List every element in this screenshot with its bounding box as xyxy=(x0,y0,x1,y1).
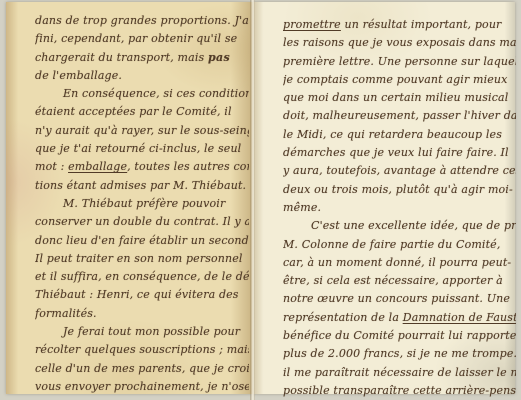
manuscript-scan: dans de trop grandes proportions. J'ai f… xyxy=(0,0,521,400)
emphasized-word: pas xyxy=(208,51,230,64)
page-gutter xyxy=(250,0,255,400)
manuscript-line: vous envoyer prochainement, je n'ose vou… xyxy=(35,378,249,396)
manuscript-line: Thiébaut : Henri, ce qui évitera des xyxy=(35,286,249,304)
manuscript-line: Je ferai tout mon possible pour xyxy=(35,323,249,341)
manuscript-line: je comptais comme pouvant agir mieux xyxy=(283,71,516,89)
manuscript-line: le Midi, ce qui retardera beaucoup les xyxy=(283,126,516,144)
manuscript-line: démarches que je veux lui faire faire. I… xyxy=(283,144,516,162)
manuscript-line: que moi dans un certain milieu musical xyxy=(283,89,516,107)
underlined-word: emballage xyxy=(68,160,127,173)
manuscript-line: promettre un résultat important, pour xyxy=(283,16,516,34)
manuscript-line: doit, malheureusement, passer l'hiver da… xyxy=(283,107,516,125)
manuscript-line: bénéfice du Comité pourrait lui rapporte… xyxy=(283,327,516,345)
manuscript-line: plus de 2.000 francs, si je ne me trompe… xyxy=(283,345,516,363)
manuscript-line: y aura, toutefois, avantage à attendre c… xyxy=(283,162,516,180)
manuscript-line: celle d'un de mes parents, que je crois … xyxy=(35,360,249,378)
manuscript-line: mot : emballage, toutes les autres condi… xyxy=(35,158,249,176)
right-page-text: promettre un résultat important, pour le… xyxy=(283,16,516,400)
underlined-word: promettre xyxy=(283,18,341,31)
line-text: représentation de la xyxy=(283,311,403,324)
manuscript-line: formalités. xyxy=(35,305,249,323)
manuscript-line: récolter quelques souscriptions ; mais, … xyxy=(35,341,249,359)
manuscript-line: chargerait du transport, mais pas xyxy=(35,49,249,67)
underlined-title: Damnation de Faust xyxy=(403,311,516,324)
manuscript-line: représentation de la Damnation de Faust … xyxy=(283,309,516,327)
manuscript-line: être, si cela est nécessaire, apporter à xyxy=(283,272,516,290)
manuscript-line: possible transparaître cette arrière-pen… xyxy=(283,382,516,400)
line-text: , toutes les autres condi- xyxy=(127,160,249,173)
manuscript-line: de l'emballage. xyxy=(35,67,249,85)
manuscript-line: les raisons que je vous exposais dans ma xyxy=(283,34,516,52)
manuscript-line: Il peut traiter en son nom personnel xyxy=(35,250,249,268)
manuscript-line: première lettre. Une personne sur laquel… xyxy=(283,53,516,71)
line-text: mot : xyxy=(35,160,68,173)
manuscript-line: M. Thiébaut préfère pouvoir xyxy=(35,195,249,213)
manuscript-line: conserver un double du contrat. Il y aur… xyxy=(35,213,249,231)
manuscript-line: n'y aurait qu'à rayer, sur le sous-seing xyxy=(35,122,249,140)
manuscript-line: dans de trop grandes proportions. J'ai xyxy=(35,12,249,30)
manuscript-line: M. Colonne de faire partie du Comité, xyxy=(283,236,516,254)
manuscript-line: tions étant admises par M. Thiébaut. xyxy=(35,177,249,195)
manuscript-line: En conséquence, si ces conditions xyxy=(35,85,249,103)
manuscript-line: et il suffira, en conséquence, de le dén… xyxy=(35,268,249,286)
manuscript-line: car, à un moment donné, il pourra peut- xyxy=(283,254,516,272)
manuscript-line: même. xyxy=(283,199,516,217)
line-text: un résultat important, pour xyxy=(341,18,502,31)
left-page-text: dans de trop grandes proportions. J'ai f… xyxy=(35,12,249,396)
manuscript-line: donc lieu d'en faire établir un second. xyxy=(35,232,249,250)
manuscript-line: deux ou trois mois, plutôt qu'à agir moi… xyxy=(283,181,516,199)
manuscript-line: C'est une excellente idée, que de prier xyxy=(283,217,516,235)
manuscript-line: il me paraîtrait nécessaire de laisser l… xyxy=(283,364,516,382)
manuscript-line: notre œuvre un concours puissant. Une xyxy=(283,290,516,308)
manuscript-line: que je t'ai retourné ci-inclus, le seul xyxy=(35,140,249,158)
manuscript-line: étaient acceptées par le Comité, il xyxy=(35,103,249,121)
manuscript-line: fini, cependant, par obtenir qu'il se xyxy=(35,30,249,48)
line-text: chargerait du transport, mais xyxy=(35,51,208,64)
